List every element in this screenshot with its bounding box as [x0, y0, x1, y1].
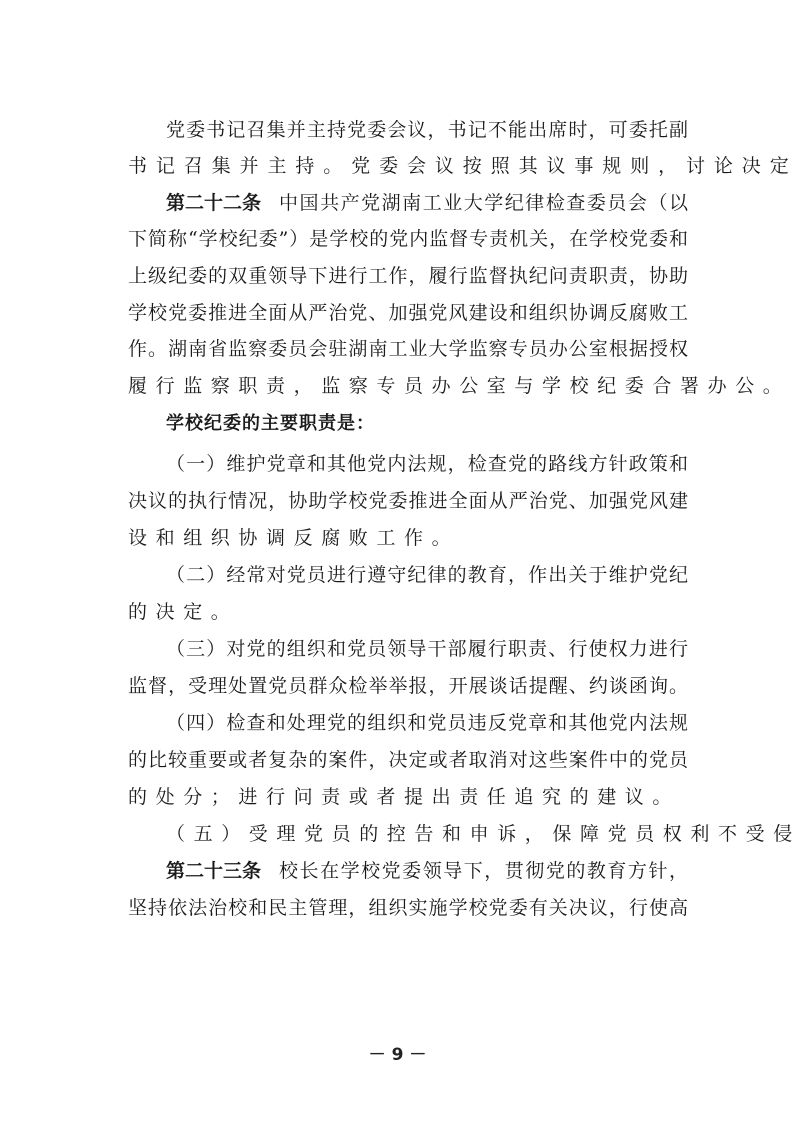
item-line: （五）受理党员的控告和申诉，保障党员权利不受侵犯。 [166, 820, 688, 848]
body-line: 履行监察职责，监察专员办公室与学校纪委合署办公。 [128, 372, 688, 400]
item-line: 决议的执行情况，协助学校党委推进全面从严治党、加强党风建 [128, 487, 688, 515]
item-line: 的决定。 [128, 598, 688, 626]
item-line: 监督，受理处置党员群众检举举报，开展谈话提醒、约谈函询。 [128, 672, 688, 700]
item-line: （四）检查和处理党的组织和党员违反党章和其他党内法规 [166, 709, 688, 737]
body-line: 上级纪委的双重领导下进行工作，履行监督执纪问责职责，协助 [128, 262, 688, 290]
item-line: 设和组织协调反腐败工作。 [128, 524, 688, 552]
page-number: － 9 － [0, 1040, 795, 1065]
body-line: 下简称“学校纪委”）是学校的党内监督专责机关，在学校党委和 [128, 225, 688, 253]
section-subheading: 学校纪委的主要职责是： [166, 410, 688, 438]
body-line: 党委书记召集并主持党委会议，书记不能出席时，可委托副 [166, 116, 688, 144]
body-line: 坚持依法治校和民主管理，组织实施学校党委有关决议，行使高 [128, 894, 688, 922]
article-22-first-line: 第二十二条 中国共产党湖南工业大学纪律检查委员会（以 [166, 189, 688, 217]
item-line: （二）经常对党员进行遵守纪律的教育，作出关于维护党纪 [166, 561, 688, 589]
article-heading: 第二十二条 [166, 189, 261, 217]
body-line: 作。湖南省监察委员会驻湖南工业大学监察专员办公室根据授权 [128, 335, 688, 363]
item-line: 的比较重要或者复杂的案件，决定或者取消对这些案件中的党员 [128, 746, 688, 774]
item-line: 的处分；进行问责或者提出责任追究的建议。 [128, 783, 688, 811]
item-line: （一）维护党章和其他党内法规，检查党的路线方针政策和 [166, 450, 688, 478]
body-line: 书记召集并主持。党委会议按照其议事规则，讨论决定事项。 [128, 152, 688, 180]
article-text: 中国共产党湖南工业大学纪律检查委员会（以 [279, 189, 688, 217]
body-line: 学校党委推进全面从严治党、加强党风建设和组织协调反腐败工 [128, 299, 688, 327]
article-heading: 第二十三条 [166, 857, 261, 885]
item-line: （三）对党的组织和党员领导干部履行职责、行使权力进行 [166, 635, 688, 663]
article-23-first-line: 第二十三条 校长在学校党委领导下，贯彻党的教育方针， [166, 857, 688, 885]
document-page: 党委书记召集并主持党委会议，书记不能出席时，可委托副 书记召集并主持。党委会议按… [0, 0, 795, 1123]
article-text: 校长在学校党委领导下，贯彻党的教育方针， [279, 857, 688, 885]
